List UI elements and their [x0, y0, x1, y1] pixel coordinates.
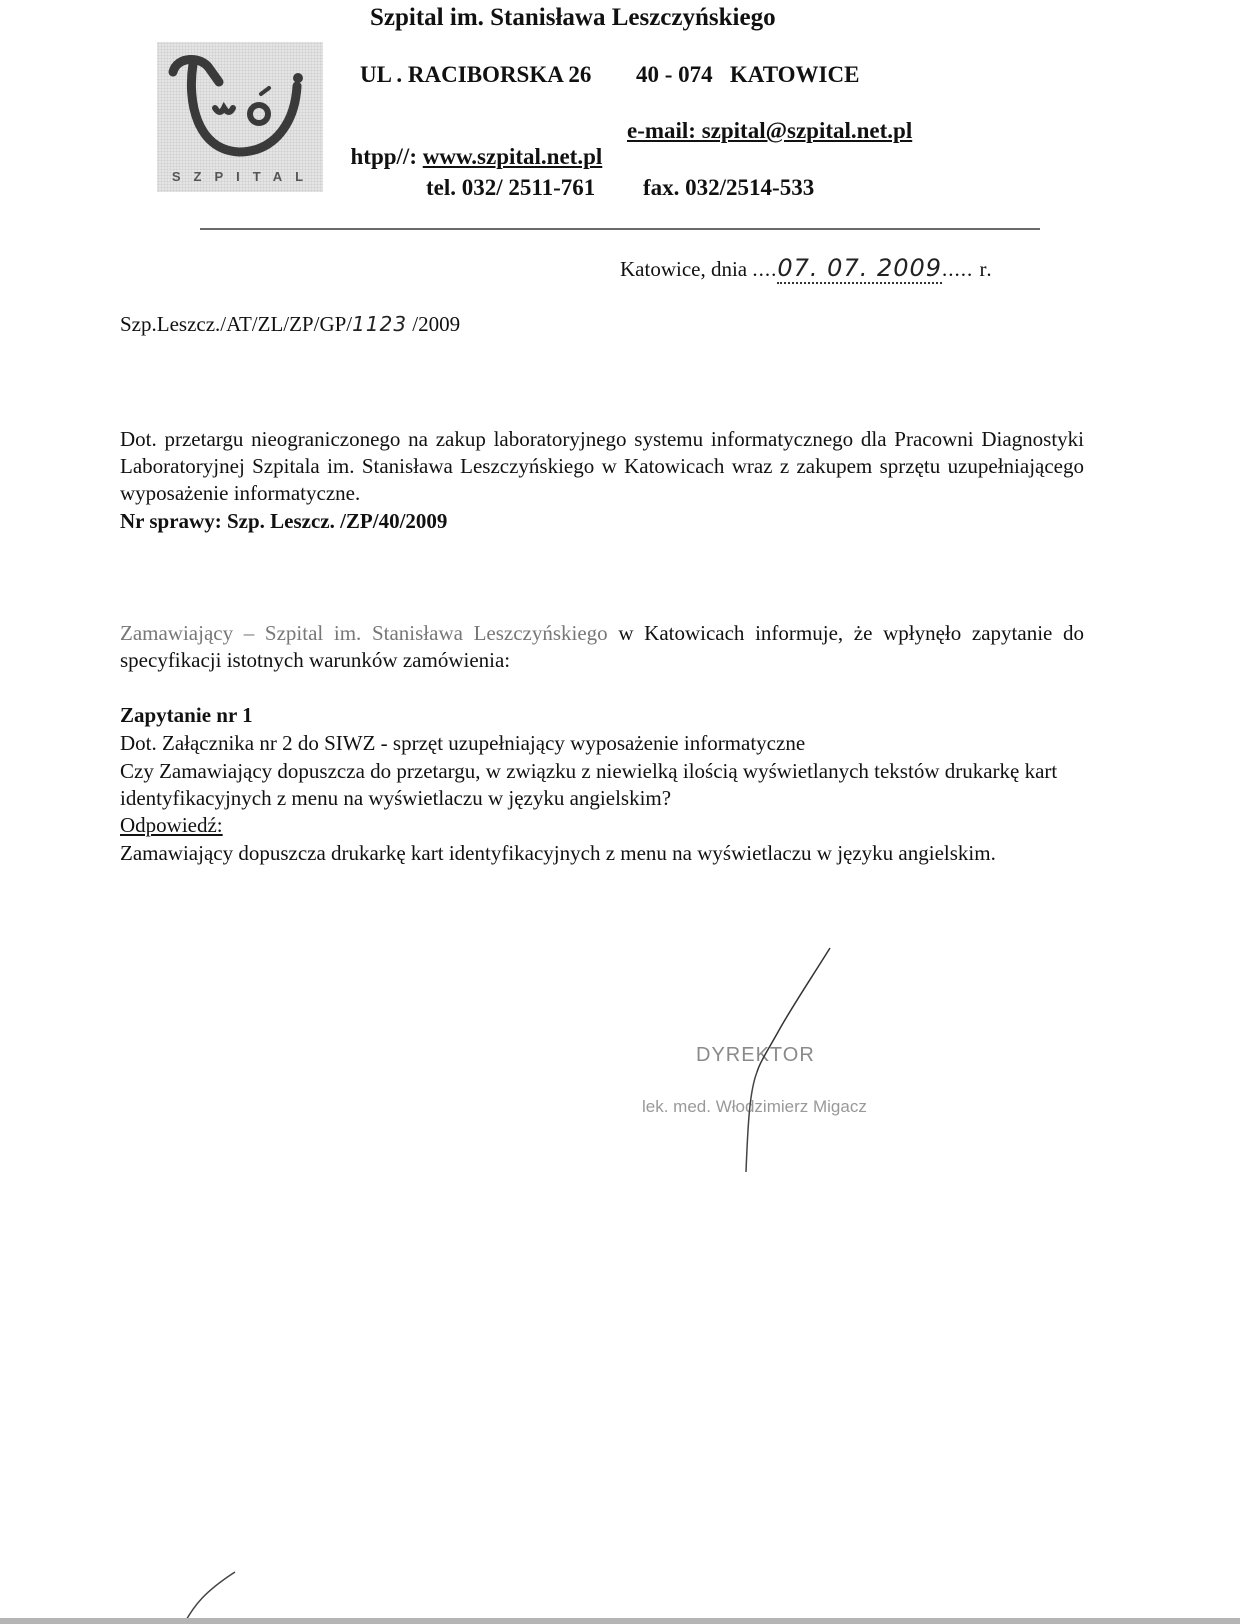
logo-wordmark: SZPITAL — [157, 169, 323, 184]
address-city: 40 - 074 KATOWICE — [636, 62, 859, 88]
scan-edge — [0, 1618, 1240, 1624]
intro-gray-text: Zamawiający – Szpital im. Stanisława Les… — [120, 621, 608, 645]
answer-text: Zamawiający dopuszcza drukarkę kart iden… — [120, 840, 1084, 867]
question-title: Zapytanie nr 1 — [120, 702, 253, 729]
question-text: Czy Zamawiający dopuszcza do przetargu, … — [120, 758, 1090, 812]
reference-prefix: Szp.Leszcz./AT/ZL/ZP/GP/ — [120, 312, 352, 336]
hospital-logo: SZPITAL — [157, 42, 323, 192]
date-line: Katowice, dnia ....07. 07. 2009..... r. — [620, 255, 993, 283]
date-place-label: Katowice, dnia — [620, 257, 747, 281]
handwritten-date: 07. 07. 2009 — [777, 254, 942, 284]
website-link[interactable]: www.szpital.net.pl — [423, 144, 603, 169]
intro-paragraph: Zamawiający – Szpital im. Stanisława Les… — [120, 620, 1084, 674]
subject-paragraph: Dot. przetargu nieograniczonego na zakup… — [120, 426, 1084, 507]
twoj-smile-logo-icon — [157, 42, 323, 172]
address-street: UL . RACIBORSKA 26 — [360, 62, 591, 88]
header-divider — [200, 228, 1040, 230]
website-line: htpp//: www.szpital.net.pl — [339, 118, 602, 170]
date-trailing-dots: ..... r. — [942, 257, 993, 281]
answer-label: Odpowiedź: — [120, 812, 223, 839]
handwritten-signature-icon — [700, 940, 860, 1180]
email-link[interactable]: e-mail: szpital@szpital.net.pl — [627, 118, 912, 144]
phone-number: tel. 032/ 2511-761 — [426, 175, 595, 201]
website-prefix: htpp//: — [351, 144, 423, 169]
reference-number: Szp.Leszcz./AT/ZL/ZP/GP/1123 /2009 — [120, 311, 460, 338]
hospital-name: Szpital im. Stanisława Leszczyńskiego — [370, 4, 776, 32]
question-reference: Dot. Załącznika nr 2 do SIWZ - sprzęt uz… — [120, 730, 805, 757]
reference-suffix: /2009 — [407, 312, 460, 336]
case-number: Nr sprawy: Szp. Leszcz. /ZP/40/2009 — [120, 508, 447, 535]
handwritten-reference-number: 1123 — [352, 312, 407, 336]
pen-mark-icon — [180, 1570, 240, 1624]
date-leading-dots: .... — [752, 257, 777, 281]
fax-number: fax. 032/2514-533 — [643, 175, 814, 201]
